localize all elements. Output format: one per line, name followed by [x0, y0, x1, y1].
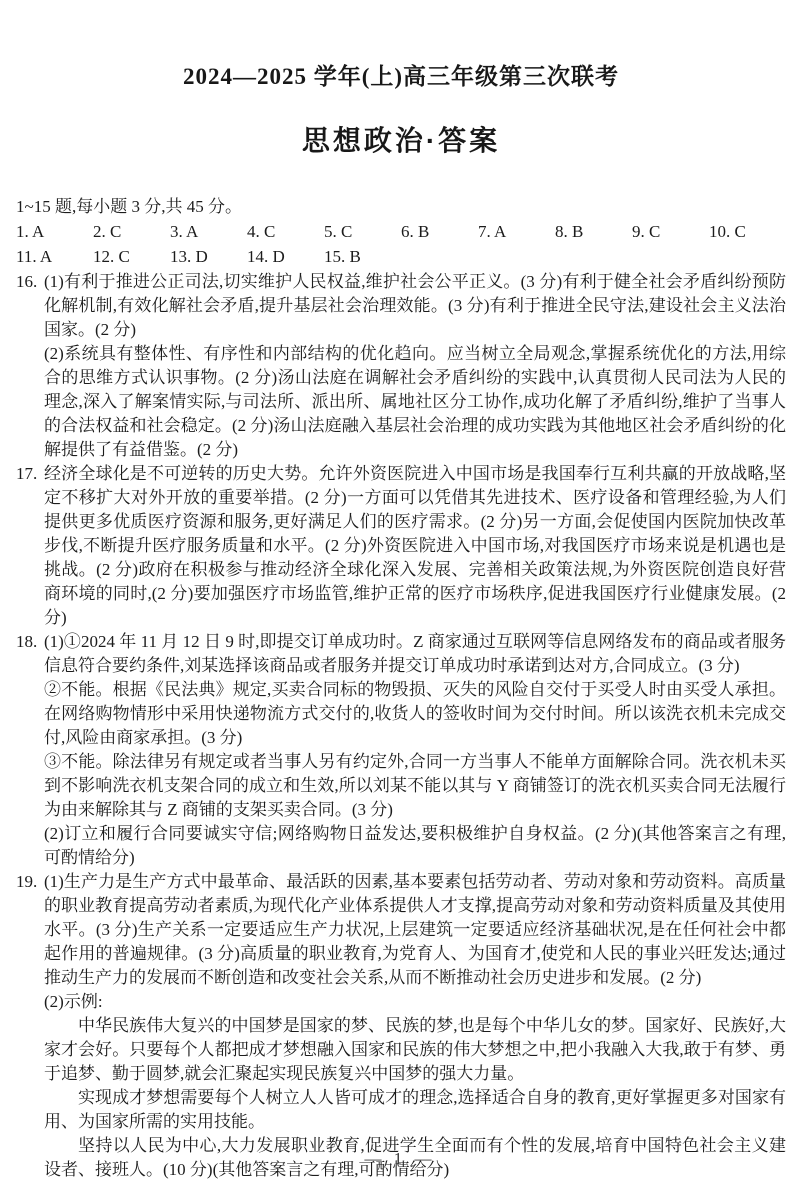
- question-16-answer: (1)有利于推进公正司法,切实维护人民权益,维护社会公平正义。(3 分)有利于健…: [44, 270, 786, 462]
- exam-answer-page: 2024—2025 学年(上)高三年级第三次联考 思想政治·答案 1~15 题,…: [0, 0, 800, 1185]
- answer-paragraph: (1)生产力是生产方式中最革命、最活跃的因素,基本要素包括劳动者、劳动对象和劳动…: [44, 870, 786, 990]
- page-subtitle: 思想政治·答案: [16, 119, 786, 159]
- question-18-answer: (1)①2024 年 11 月 12 日 9 时,即提交订单成功时。Z 商家通过…: [44, 630, 786, 870]
- answer-paragraph: (2)示例:: [44, 990, 786, 1014]
- mcq-answer-14: 14. D: [247, 244, 324, 269]
- mcq-answer-15: 15. B: [324, 244, 401, 269]
- mcq-answer-3: 3. A: [170, 219, 247, 244]
- mcq-answer-4: 4. C: [247, 219, 324, 244]
- question-18-number: 18.: [16, 630, 44, 654]
- answer-paragraph: 经济全球化是不可逆转的历史大势。允许外资医院进入中国市场是我国奉行互利共赢的开放…: [44, 462, 786, 630]
- mcq-answer-5: 5. C: [324, 219, 401, 244]
- question-19-answer: (1)生产力是生产方式中最革命、最活跃的因素,基本要素包括劳动者、劳动对象和劳动…: [44, 870, 786, 1182]
- mcq-answer-13: 13. D: [170, 244, 247, 269]
- mcq-answer-7: 7. A: [478, 219, 555, 244]
- answer-content: 1~15 题,每小题 3 分,共 45 分。 1. A 2. C 3. A 4.…: [16, 195, 786, 1182]
- mcq-answer-12: 12. C: [93, 244, 170, 269]
- mcq-answer-2: 2. C: [93, 219, 170, 244]
- mcq-answer-6: 6. B: [401, 219, 478, 244]
- question-19-number: 19.: [16, 870, 44, 894]
- mcq-answer-9: 9. C: [632, 219, 709, 244]
- question-16: 16. (1)有利于推进公正司法,切实维护人民权益,维护社会公平正义。(3 分)…: [16, 270, 786, 462]
- page-number-footer: — 1 —: [0, 1149, 800, 1169]
- answer-paragraph: 中华民族伟大复兴的中国梦是国家的梦、民族的梦,也是每个中华儿女的梦。国家好、民族…: [44, 1014, 786, 1086]
- answer-paragraph: ②不能。根据《民法典》规定,买卖合同标的物毁损、灭失的风险自交付于买受人时由买受…: [44, 678, 786, 750]
- answer-paragraph: ③不能。除法律另有规定或者当事人另有约定外,合同一方当事人不能单方面解除合同。洗…: [44, 750, 786, 822]
- page-title: 2024—2025 学年(上)高三年级第三次联考: [16, 58, 786, 91]
- mcq-answer-11: 11. A: [16, 244, 93, 269]
- question-19: 19. (1)生产力是生产方式中最革命、最活跃的因素,基本要素包括劳动者、劳动对…: [16, 870, 786, 1182]
- mcq-intro: 1~15 题,每小题 3 分,共 45 分。: [16, 195, 786, 219]
- question-17-answer: 经济全球化是不可逆转的历史大势。允许外资医院进入中国市场是我国奉行互利共赢的开放…: [44, 462, 786, 630]
- mcq-answer-grid: 1. A 2. C 3. A 4. C 5. C 6. B 7. A 8. B …: [16, 219, 786, 269]
- mcq-answer-1: 1. A: [16, 219, 93, 244]
- answer-paragraph: (2)订立和履行合同要诚实守信;网络购物日益发达,要积极维护自身权益。(2 分)…: [44, 822, 786, 870]
- question-17: 17. 经济全球化是不可逆转的历史大势。允许外资医院进入中国市场是我国奉行互利共…: [16, 462, 786, 630]
- answer-paragraph: (1)①2024 年 11 月 12 日 9 时,即提交订单成功时。Z 商家通过…: [44, 630, 786, 678]
- question-16-number: 16.: [16, 270, 44, 294]
- answer-paragraph: 实现成才梦想需要每个人树立人人皆可成才的理念,选择适合自身的教育,更好掌握更多对…: [44, 1086, 786, 1134]
- answer-paragraph: (1)有利于推进公正司法,切实维护人民权益,维护社会公平正义。(3 分)有利于健…: [44, 270, 786, 342]
- mcq-answer-10: 10. C: [709, 219, 786, 244]
- question-18: 18. (1)①2024 年 11 月 12 日 9 时,即提交订单成功时。Z …: [16, 630, 786, 870]
- question-17-number: 17.: [16, 462, 44, 486]
- mcq-answer-8: 8. B: [555, 219, 632, 244]
- answer-paragraph: (2)系统具有整体性、有序性和内部结构的优化趋向。应当树立全局观念,掌握系统优化…: [44, 342, 786, 462]
